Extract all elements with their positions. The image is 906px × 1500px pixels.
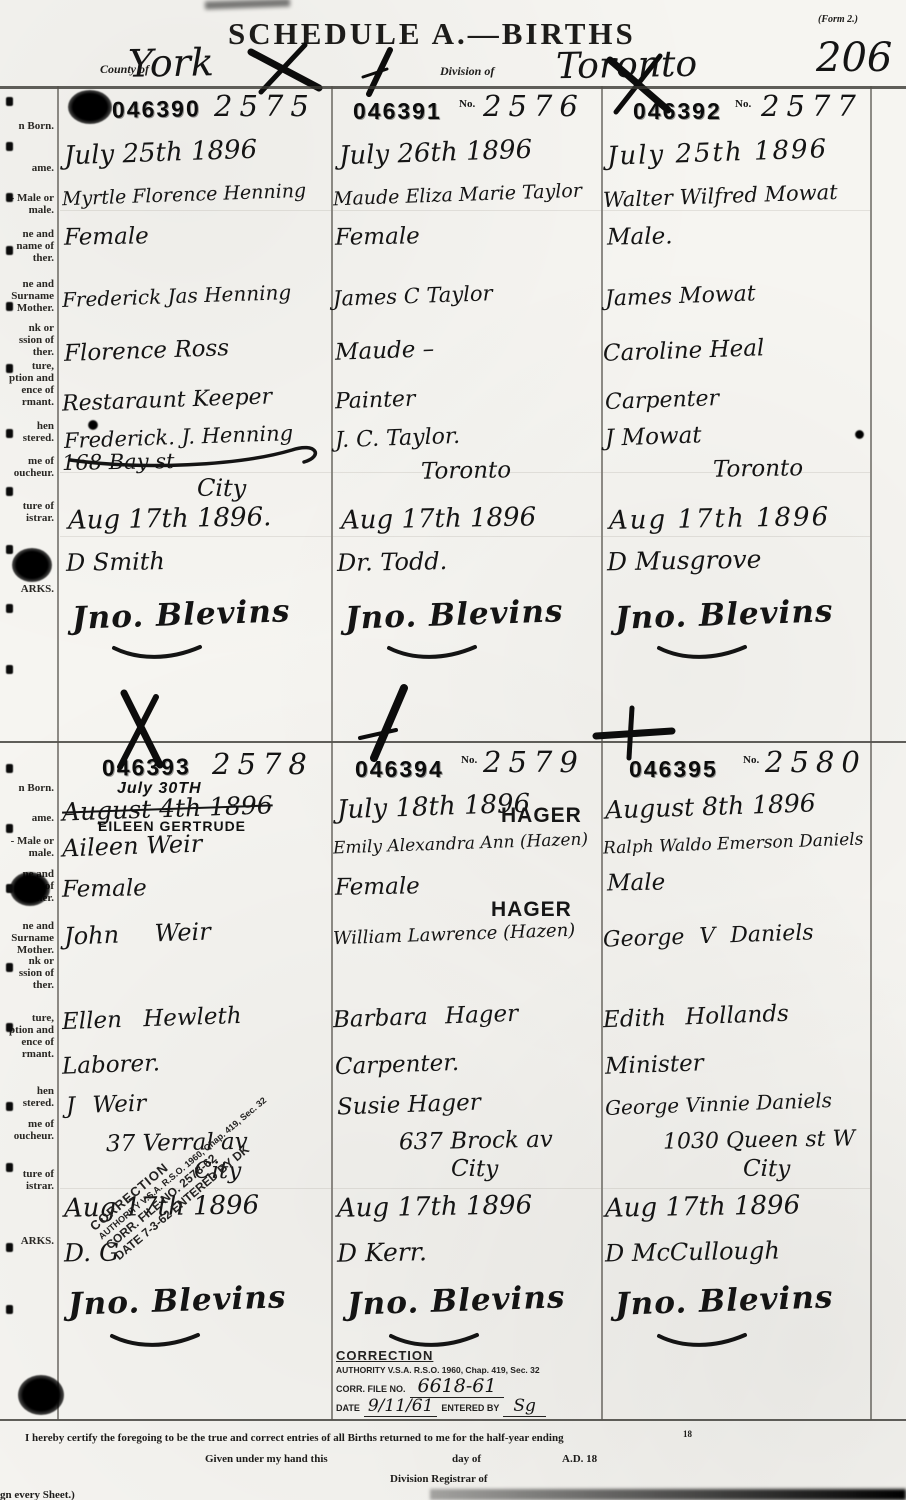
row-label-name: ame. <box>0 812 54 824</box>
registration-stamp-number: 046394 <box>355 756 444 783</box>
registration-stamp-number: 046393 <box>102 753 191 782</box>
child-name: Myrtle Florence Henning <box>62 182 307 210</box>
child-name: Maude Eliza Marie Taylor <box>333 182 582 210</box>
surname-correction-stamp: HAGER <box>491 898 572 922</box>
informant-address: 637 Brock av <box>399 1129 553 1155</box>
father-name: William Lawrence (Hazen) <box>333 922 576 948</box>
registered-date: Aug 17th 1896 <box>337 1192 533 1221</box>
father-rank: Restaraunt Keeper <box>62 386 273 415</box>
binding-mark <box>6 604 13 613</box>
binding-mark <box>6 1305 13 1314</box>
accoucheur-name: D McCullough <box>605 1238 780 1265</box>
binding-mark <box>6 545 13 554</box>
father-rank: Minister <box>605 1052 704 1078</box>
division-label: Division of <box>440 64 494 79</box>
scanned-birth-register-page: (Form 2.) SCHEDULE A.—BIRTHS County of Y… <box>0 0 906 1500</box>
child-name: Aileen Weir <box>62 832 203 861</box>
registrar-signature: Jno. Blevins <box>345 596 564 635</box>
row-label-informant: ture, ption and ence of rmant. <box>0 1012 54 1060</box>
informant-signature: J Mowat <box>605 424 702 450</box>
signature-flourish <box>653 1332 753 1350</box>
row-label-accoucheur: me of oucheur. <box>0 455 54 479</box>
correction-file-label: CORR. FILE NO. <box>336 1384 406 1394</box>
correction-authority: AUTHORITY V.S.A. R.S.O. 1960, Chap. 419,… <box>336 1365 561 1375</box>
record-cell: 046391 No. 2576 July 26th 1896 Maude Eli… <box>333 88 603 742</box>
signature-flourish <box>383 644 483 662</box>
registrar-signature: Jno. Blevins <box>68 1282 287 1321</box>
registrar-signature: Jno. Blevins <box>615 596 834 635</box>
row-label-sex: - Male or male. <box>0 835 54 859</box>
row-label-rank: nk or ssion of ther. <box>0 322 54 358</box>
informant-address-city: City <box>451 1158 499 1182</box>
binding-mark <box>6 824 13 833</box>
father-name: Frederick Jas Henning <box>62 282 292 310</box>
binding-mark <box>6 364 13 373</box>
ink-blot <box>855 430 864 439</box>
registration-stamp-number: 046390 <box>112 95 201 124</box>
binding-mark <box>6 142 13 151</box>
sex: Female <box>64 225 149 249</box>
father-name: John Weir <box>64 919 211 948</box>
registered-date: Aug 17th 1896 <box>609 504 831 534</box>
binding-mark <box>6 665 13 674</box>
given-under-hand-text: Given under my hand this <box>205 1453 328 1465</box>
ink-blot <box>18 1375 64 1415</box>
no-label: No. <box>461 754 477 766</box>
mother-name: Ellen Hewleth <box>62 1005 242 1034</box>
page-number-handwritten: 206 <box>816 38 892 78</box>
registration-number-handwritten: 2578 <box>212 750 314 779</box>
sex: Male <box>607 871 666 895</box>
binding-mark <box>6 193 13 202</box>
correction-date-value: 9/11/61 <box>364 1396 438 1417</box>
margin-divider-rule <box>57 86 59 1420</box>
father-rank: Carpenter. <box>335 1052 460 1079</box>
accoucheur-name: D Smith <box>66 549 165 575</box>
record-cell: 046390 2575 July 25th 1896 Myrtle Floren… <box>62 88 332 742</box>
row-label-registrar: ture of istrar. <box>0 500 54 524</box>
father-name: George V Daniels <box>603 922 814 951</box>
registrar-signature: Jno. Blevins <box>72 596 291 635</box>
father-rank: Painter <box>335 389 416 414</box>
mother-name: Edith Hollands <box>603 1003 790 1032</box>
binding-mark <box>6 1023 13 1032</box>
informant-address: 1030 Queen st W <box>663 1128 855 1153</box>
binding-mark <box>6 963 13 972</box>
father-rank: Carpenter <box>605 388 720 414</box>
scan-smudge <box>205 0 290 9</box>
registered-date: Aug 17th 1896 <box>605 1192 801 1221</box>
scan-edge-shadow <box>430 1489 906 1500</box>
signature-flourish <box>653 644 753 662</box>
ink-blot <box>88 420 98 430</box>
row-label-mother: ne and Surname Mother. <box>0 920 54 956</box>
mother-name: Florence Ross <box>64 337 230 366</box>
sex: Female <box>335 875 420 899</box>
registration-stamp-number: 046391 <box>353 98 442 125</box>
father-name: James Mowat <box>605 283 756 310</box>
binding-mark <box>6 884 13 893</box>
informant-signature: Susie Hager <box>337 1091 481 1119</box>
sex: Male. <box>607 225 673 249</box>
sign-every-sheet-note: gn every Sheet.) <box>0 1489 75 1500</box>
binding-mark <box>6 764 13 773</box>
registration-stamp-number: 046392 <box>633 98 722 125</box>
row-label-accoucheur: me of oucheur. <box>0 1118 54 1142</box>
binding-mark <box>6 302 13 311</box>
signature-flourish <box>106 1332 206 1350</box>
record-cell: 046394 No. 2579 July 18th 1896 HAGER Emi… <box>333 742 603 1420</box>
day-of-text: day of <box>452 1453 481 1465</box>
mother-name: Caroline Heal <box>603 337 765 366</box>
no-label: No. <box>743 754 759 766</box>
binding-mark <box>6 97 13 106</box>
surname-correction-stamp: HAGER <box>501 804 582 828</box>
registration-number-handwritten: 2577 <box>761 92 863 121</box>
row-label-when-born: n Born. <box>0 782 54 794</box>
form-note: (Form 2.) <box>818 14 858 25</box>
signature-underline-flourish <box>62 438 342 472</box>
sex: Female <box>62 877 147 901</box>
county-value-handwritten: York <box>128 43 215 82</box>
registered-date: Aug 17th 1896. <box>68 504 272 534</box>
informant-address-city: City <box>197 476 247 501</box>
correction-file-value: 6618-61 <box>410 1375 505 1398</box>
record-cell: 046392 No. 2577 July 25th 1896 Walter Wi… <box>603 88 873 742</box>
child-name: Ralph Waldo Emerson Daniels <box>603 831 864 857</box>
accoucheur-name: D Kerr. <box>337 1239 427 1266</box>
row-label-name: ame. <box>0 162 54 174</box>
correction-entered-label: ENTERED BY <box>441 1403 499 1413</box>
division-registrar-of-text: Division Registrar of <box>390 1473 488 1485</box>
father-name: James C Taylor <box>333 283 493 310</box>
no-label: No. <box>735 98 751 110</box>
ink-blot <box>12 548 52 582</box>
binding-mark <box>6 487 13 496</box>
registered-date: Aug 17th 1896 <box>341 504 537 533</box>
informant-signature: J. C. Taylor. <box>335 426 461 452</box>
signature-flourish <box>108 644 208 662</box>
born-date: July 26th 1896 <box>339 137 533 170</box>
binding-mark <box>6 1163 13 1172</box>
registration-number-handwritten: 2580 <box>765 748 867 777</box>
child-name: Emily Alexandra Ann (Hazen) <box>333 832 589 858</box>
correction-stamp-boxed: CORRECTION AUTHORITY V.S.A. R.S.O. 1960,… <box>336 1348 561 1416</box>
registration-number-handwritten: 2576 <box>483 92 585 121</box>
ink-blot <box>68 90 112 124</box>
row-label-when-born: n Born. <box>0 120 54 132</box>
correction-entered-value: Sg <box>503 1396 546 1417</box>
accoucheur-name: Dr. Todd. <box>337 549 448 575</box>
no-label: No. <box>459 98 475 110</box>
mother-name: Maude – <box>335 338 435 364</box>
registration-number-handwritten: 2579 <box>483 748 585 777</box>
row-label-rank: nk or ssion of ther. <box>0 955 54 991</box>
sex: Female <box>335 225 420 249</box>
registrar-signature: Jno. Blevins <box>347 1282 566 1321</box>
row-label-remarks: ARKS. <box>0 583 54 595</box>
binding-mark <box>6 1102 13 1111</box>
registration-stamp-number: 046395 <box>629 756 718 783</box>
born-date: July 25th 1896 <box>607 136 829 170</box>
born-date: August 8th 1896 <box>605 790 816 822</box>
record-cell: 046395 No. 2580 August 8th 1896 Ralph Wa… <box>603 742 873 1420</box>
born-date: July 25th 1896 <box>64 137 258 170</box>
mother-name: Barbara Hager <box>333 1003 519 1032</box>
correction-title: CORRECTION <box>336 1348 561 1363</box>
correction-date-label: DATE <box>336 1403 360 1413</box>
certification-year-suffix: 18 <box>683 1429 692 1439</box>
ad-year-text: A.D. 18 <box>562 1453 597 1465</box>
binding-mark <box>6 1243 13 1252</box>
binding-mark <box>6 246 13 255</box>
registrar-signature: Jno. Blevins <box>615 1282 834 1321</box>
accoucheur-name: D Musgrove <box>607 547 762 575</box>
ink-blot <box>10 872 50 906</box>
informant-address-city: City <box>743 1158 791 1182</box>
registration-number-handwritten: 2575 <box>214 92 316 121</box>
informant-signature: J Weir <box>66 1093 147 1119</box>
child-name: Walter Wilfred Mowat <box>603 182 838 211</box>
certification-text: I hereby certify the foregoing to be the… <box>25 1432 564 1444</box>
father-rank: Laborer. <box>62 1052 161 1078</box>
informant-address: Toronto <box>421 459 512 484</box>
informant-signature: George Vinnie Daniels <box>605 1090 833 1118</box>
informant-address: Toronto <box>713 457 804 482</box>
binding-mark <box>6 429 13 438</box>
